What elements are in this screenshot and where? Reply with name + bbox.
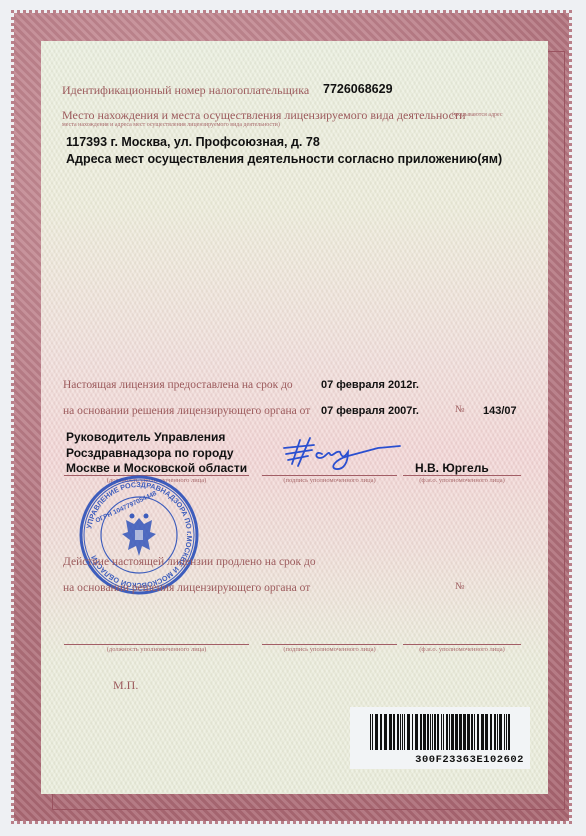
signature-icon xyxy=(282,436,402,472)
signature-line xyxy=(262,475,397,476)
official-stamp: УПРАВЛЕНИЕ РОСЗДРАВНАДЗОРА ПО г.МОСКВЕ И… xyxy=(78,474,200,596)
location-label: Место нахождения и места осуществления л… xyxy=(62,108,466,123)
coat-of-arms-icon xyxy=(122,514,156,557)
basis-label: на основании решения лицензирующего орга… xyxy=(63,405,310,417)
barcode: 300F23363E102602 xyxy=(350,707,530,769)
signatory-name: Н.В. Юргель xyxy=(415,461,489,475)
number-label: № xyxy=(455,404,465,415)
position-line-3: Москве и Московской области xyxy=(66,461,247,475)
caption-signature: (подпись уполномоченного лица) xyxy=(262,477,397,484)
extension-caption-name: (ф.и.о. уполномоченного лица) xyxy=(403,646,521,653)
taxpayer-id-value: 7726068629 xyxy=(323,82,393,96)
term-label: Настоящая лицензия предоставлена на срок… xyxy=(63,379,293,391)
term-value: 07 февраля 2012г. xyxy=(321,379,419,391)
location-hint-1: (указываются адрес xyxy=(452,112,503,118)
extension-position-line xyxy=(64,644,249,645)
location-hint-2: места нахождения и адреса мест осуществл… xyxy=(62,122,280,128)
taxpayer-id-label: Идентификационный номер налогоплательщик… xyxy=(62,83,309,98)
license-number: 143/07 xyxy=(483,405,517,417)
extension-basis-label: на основании решения лицензирующего орга… xyxy=(63,582,310,594)
position-line-2: Росздравнадзора по городу xyxy=(66,446,234,460)
extension-signature-line xyxy=(262,644,397,645)
address-value: 117393 г. Москва, ул. Профсоюзная, д. 78 xyxy=(66,135,320,149)
extension-number-label: № xyxy=(455,581,465,592)
extension-caption-position: (должность уполномоченного лица) xyxy=(64,646,249,653)
caption-name: (ф.и.о. уполномоченного лица) xyxy=(403,477,521,484)
extension-term-label: Действие настоящей лицензии продлено на … xyxy=(63,556,316,568)
addresses-note: Адреса мест осуществления деятельности с… xyxy=(66,152,502,166)
barcode-bars xyxy=(370,714,512,750)
position-line-1: Руководитель Управления xyxy=(66,430,225,444)
extension-name-line xyxy=(403,644,521,645)
name-line xyxy=(403,475,521,476)
seal-place-label: М.П. xyxy=(113,678,138,693)
basis-date: 07 февраля 2007г. xyxy=(321,405,419,417)
extension-caption-signature: (подпись уполномоченного лица) xyxy=(262,646,397,653)
barcode-number: 300F23363E102602 xyxy=(350,754,530,766)
